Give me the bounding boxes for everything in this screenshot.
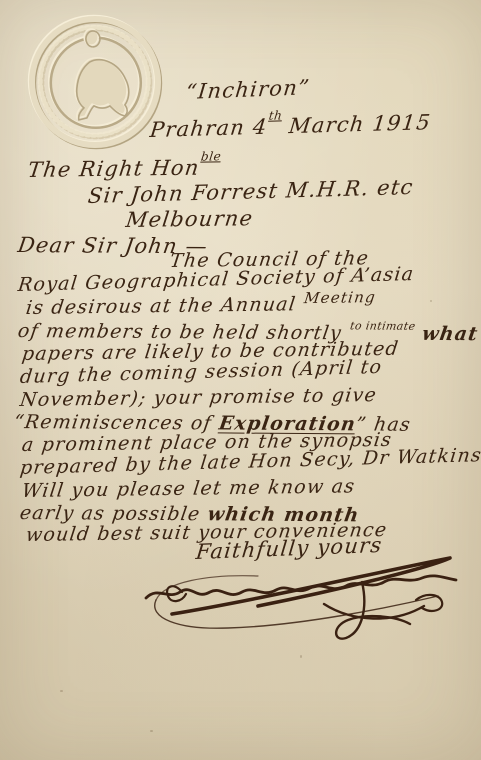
paper-speck [60, 690, 63, 692]
body-line: November); your promise to give [19, 384, 379, 411]
body-text: is desirous at the Annual [25, 293, 305, 319]
paper-speck [150, 730, 153, 732]
recipient-honorific: The Right Hon [26, 156, 201, 182]
body-line: is desirous at the Annual Meeting [25, 292, 377, 319]
paper-speck [300, 655, 302, 658]
date-rest: March 1915 [280, 110, 433, 138]
body-text: what [413, 323, 480, 345]
recipient-line-1: The Right Honble [26, 155, 221, 182]
body-line: Will you please let me know as [21, 475, 357, 502]
house-name-text: “Inchiron” [185, 75, 312, 104]
house-name: “Inchiron” [185, 75, 312, 104]
date-superscript: th [268, 108, 283, 122]
paper-speck [430, 300, 432, 302]
seal-figure [75, 29, 129, 120]
letter-sheet: “Inchiron” Prahran 4th March 1915 The Ri… [0, 0, 481, 760]
recipient-honorific-superscript: ble [200, 149, 222, 163]
date-place: Prahran 4 [149, 115, 269, 142]
body-text: November); your promise to give [19, 384, 379, 411]
recipient-city: Melbourne [124, 206, 254, 232]
body-text: Will you please let me know as [21, 475, 357, 502]
date-line: Prahran 4th March 1915 [149, 110, 433, 142]
inserted-word: to intimate [349, 319, 416, 332]
signature-flourish [138, 548, 468, 648]
raised-word: Meeting [303, 288, 377, 307]
recipient-line-3: Melbourne [124, 206, 254, 232]
